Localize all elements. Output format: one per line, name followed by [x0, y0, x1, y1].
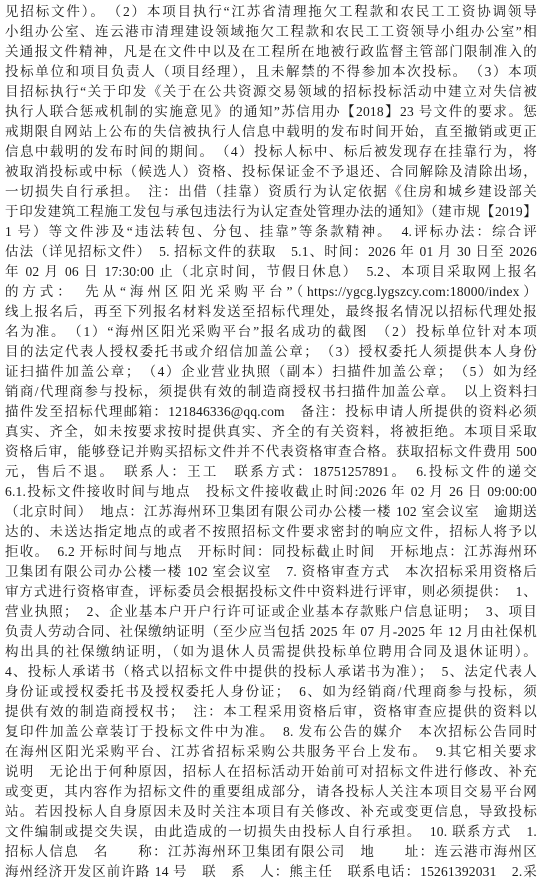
text-line: 于印发建筑工程施工发包与承包违法行为认定查处管理办法的通知》（建市规【2019】 [5, 202, 537, 222]
text-line: 小组办公室、连云港市清理建设领域拖欠工程款和农民工工资领导小组办公室”相 [5, 22, 537, 42]
announcement-text-block: 见招标文件）。 （2）本项目执行“江苏省清理拖欠工程款和农民工工资协调领导 小组… [5, 2, 537, 882]
text-line: 目的法定代表人授权委托书或介绍信加盖公章； （3）授权委托人须提供本人身份 [5, 342, 537, 362]
text-line: 关通报文件精神，凡是在文件中以及在工程所在地被行政监督主管部门限制准入的 [5, 42, 537, 62]
text-line: 文件编制或提交失误，由此造成的一切损失由投标人自行承担。 10. 联系方式 1. [5, 822, 537, 842]
text-line: 被取消投标或中标（候选人）资格、投标保证金不予退还、合同解除及清除出场， [5, 162, 537, 182]
text-line: 估法（详见招标文件） 5. 招标文件的获取 5.1、时间：2026 年 01 月… [5, 242, 537, 262]
text-line: 信息中载明的发布时间的期间。 （4）投标人标中、标后被发现存在挂靠行为，将 [5, 142, 537, 162]
text-line: 4、投标人承诺书（格式以招标文件中提供的投标人承诺书为准）； 5、法定代表人 [5, 662, 537, 682]
text-line: 一切损失自行承担。 注：出借（挂靠）资质行为认定依据《住房和城乡建设部关 [5, 182, 537, 202]
text-line: 审方式进行资格审查，评标委员会根据投标文件中资料进行评审，则必须提供： 1、 [5, 582, 537, 602]
text-line: （北京时间） 地点：江苏海州环卫集团有限公司办公楼一楼 102 室会议室 逾期送 [5, 502, 537, 522]
text-line: 负责人劳动合同、社保缴纳证明（至少应当包括 2025 年 07 月-2025 年… [5, 622, 537, 642]
text-line: 复印件加盖公章装订于投标文件中为准。 8. 发布公告的媒介 本次招标公告同时 [5, 722, 537, 742]
text-line: 身份证或授权委托书及授权委托人身份证； 6、如为经销商/代理商参与投标，须 [5, 682, 537, 702]
text-line: 招标人信息 名 称：江苏海州环卫集团有限公司 地 址：连云港市海州区 [5, 842, 537, 862]
text-line: 证扫描件加盖公章； （4）企业营业执照（副本）扫描件加盖公章； （5）如为经 [5, 362, 537, 382]
text-line: 说明 无论出于何种原因，招标人在招标活动开始前可对招标文件进行修改、补充 [5, 762, 537, 782]
text-line: 戒期限自网站上公布的失信被执行人信息中载明的发布时间开始，直至撤销或更正 [5, 122, 537, 142]
text-line: 元，售后不退。 联系人：王工 联系方式：18751257891。 6.投标文件的… [5, 462, 537, 482]
text-line: 见招标文件）。 （2）本项目执行“江苏省清理拖欠工程款和农民工工资协调领导 [5, 2, 537, 22]
text-line: 在海州区阳光采购平台、江苏省招标采购公共服务平台上发布。 9.其它相关要求 [5, 742, 537, 762]
text-line: 描件发至招标代理邮箱：121846336@qq.com 备注：投标申请人所提供的… [5, 402, 537, 422]
text-line: 名为准。 （1）“海州区阳光采购平台”报名成功的截图 （2）投标单位针对本项 [5, 322, 537, 342]
text-line: 卫集团有限公司办公楼一楼 102 室会议室 7. 资格审查方式 本次招标采用资格… [5, 562, 537, 582]
text-line: 营业执照； 2、企业基本户开户行许可证或企业基本存款账户信息证明； 3、项目 [5, 602, 537, 622]
text-line: 达的、未送达指定地点的或者不按照招标文件要求密封的响应文件，招标人将予以 [5, 522, 537, 542]
text-line: 目招标执行“关于印发《关于在公共资源交易领域的招标投标活动中建立对失信被 [5, 82, 537, 102]
text-line: 投标单位和项目负责人（项目经理），且未解禁的不得参加本次投标。 （3）本项 [5, 62, 537, 82]
text-line: 1 号）等文件涉及“违法转包、分包、挂靠”等条款精神。 4.评标办法：综合评 [5, 222, 537, 242]
text-line: 真实、齐全，如未按要求按时提供真实、齐全的有关资料，将被拒绝。本项目采取 [5, 422, 537, 442]
text-line: 构出具的社保缴纳证明，（如为退休人员需提供投标单位聘用合同及退休证明）。 [5, 642, 537, 662]
text-line: 海州经济开发区前许路 14 号 联 系 人：熊主任 联系电话：152613920… [5, 862, 537, 882]
text-line: 提供有效的制造商授权书； 注：本工程采用资格后审，资格审查应提供的资料以 [5, 702, 537, 722]
text-line: 销商/代理商参与投标，须提供有效的制造商授权书扫描件加盖公章。 以上资料扫 [5, 382, 537, 402]
text-line: 的方式： 先从“海州区阳光采购平台”（https://ygcg.lygszcy.… [5, 282, 537, 302]
text-line: 或变更，其内容作为招标文件的重要组成部分，请各投标人关注本项目交易平台网 [5, 782, 537, 802]
text-line: 年 02 月 06 日 17:30:00 止（北京时间，节假日休息） 5.2、本… [5, 262, 537, 282]
text-line: 资格后审，能够登记并购买招标文件并不代表资格审查合格。获取招标文件费用 500 [5, 442, 537, 462]
bid-announcement-document: 见招标文件）。 （2）本项目执行“江苏省清理拖欠工程款和农民工工资协调领导 小组… [0, 0, 542, 882]
text-line: 6.1.投标文件接收时间与地点 投标文件接收截止时间:2026 年 02 月 2… [5, 482, 537, 502]
text-line: 执行人联合惩戒机制的实施意见》的通知”苏信用办【2018】23 号文件的要求。惩 [5, 102, 537, 122]
text-line: 线上报名后，再至下列报名材料发送至招标代理处，最终报名情况以招标代理处报 [5, 302, 537, 322]
text-line: 拒收。 6.2 开标时间与地点 开标时间：同投标截止时间 开标地点：江苏海州环 [5, 542, 537, 562]
text-line: 站。若因投标人自身原因未及时关注本项目有关修改、补充或变更信息，导致投标 [5, 802, 537, 822]
